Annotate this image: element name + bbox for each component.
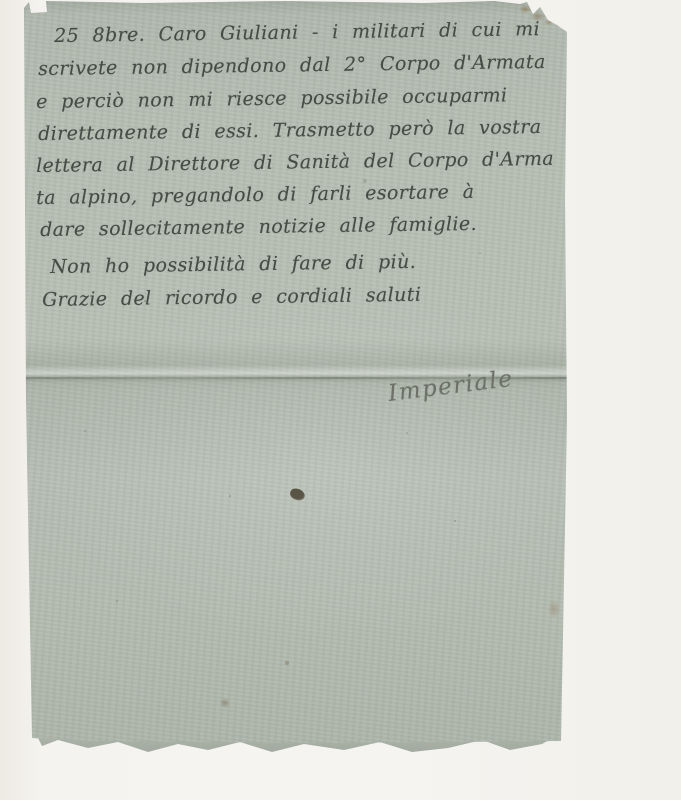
paper-specks (24, 0, 26, 2)
handwritten-line: Grazie del ricordo e cordiali saluti (42, 286, 421, 310)
handwritten-line: direttamente di essi. Trasmetto però la … (38, 118, 542, 144)
handwritten-line: dare sollecitamente notizie alle famigli… (40, 215, 477, 240)
torn-edge-smudge (518, 2, 554, 26)
handwritten-line: Non ho possibilità di fare di più. (50, 253, 416, 277)
faint-stain (220, 698, 230, 708)
handwritten-line: scrivete non dipendono dal 2° Corpo d'Ar… (38, 53, 546, 79)
handwritten-line: ta alpino, pregandolo di farli esortare … (36, 183, 474, 208)
faint-stain (548, 600, 560, 618)
ink-blot-stain (289, 487, 307, 502)
handwritten-line: lettera al Direttore di Sanità del Corpo… (36, 150, 554, 176)
letter-paper: 25 8bre. Caro Giuliani - i militari di c… (24, 0, 569, 745)
scan-background: 25 8bre. Caro Giuliani - i militari di c… (0, 0, 681, 800)
paper-top-shadow (24, 0, 569, 14)
handwritten-line: e perciò non mi riesce possibile occupar… (36, 86, 508, 112)
handwritten-line: 25 8bre. Caro Giuliani - i militari di c… (54, 20, 540, 46)
